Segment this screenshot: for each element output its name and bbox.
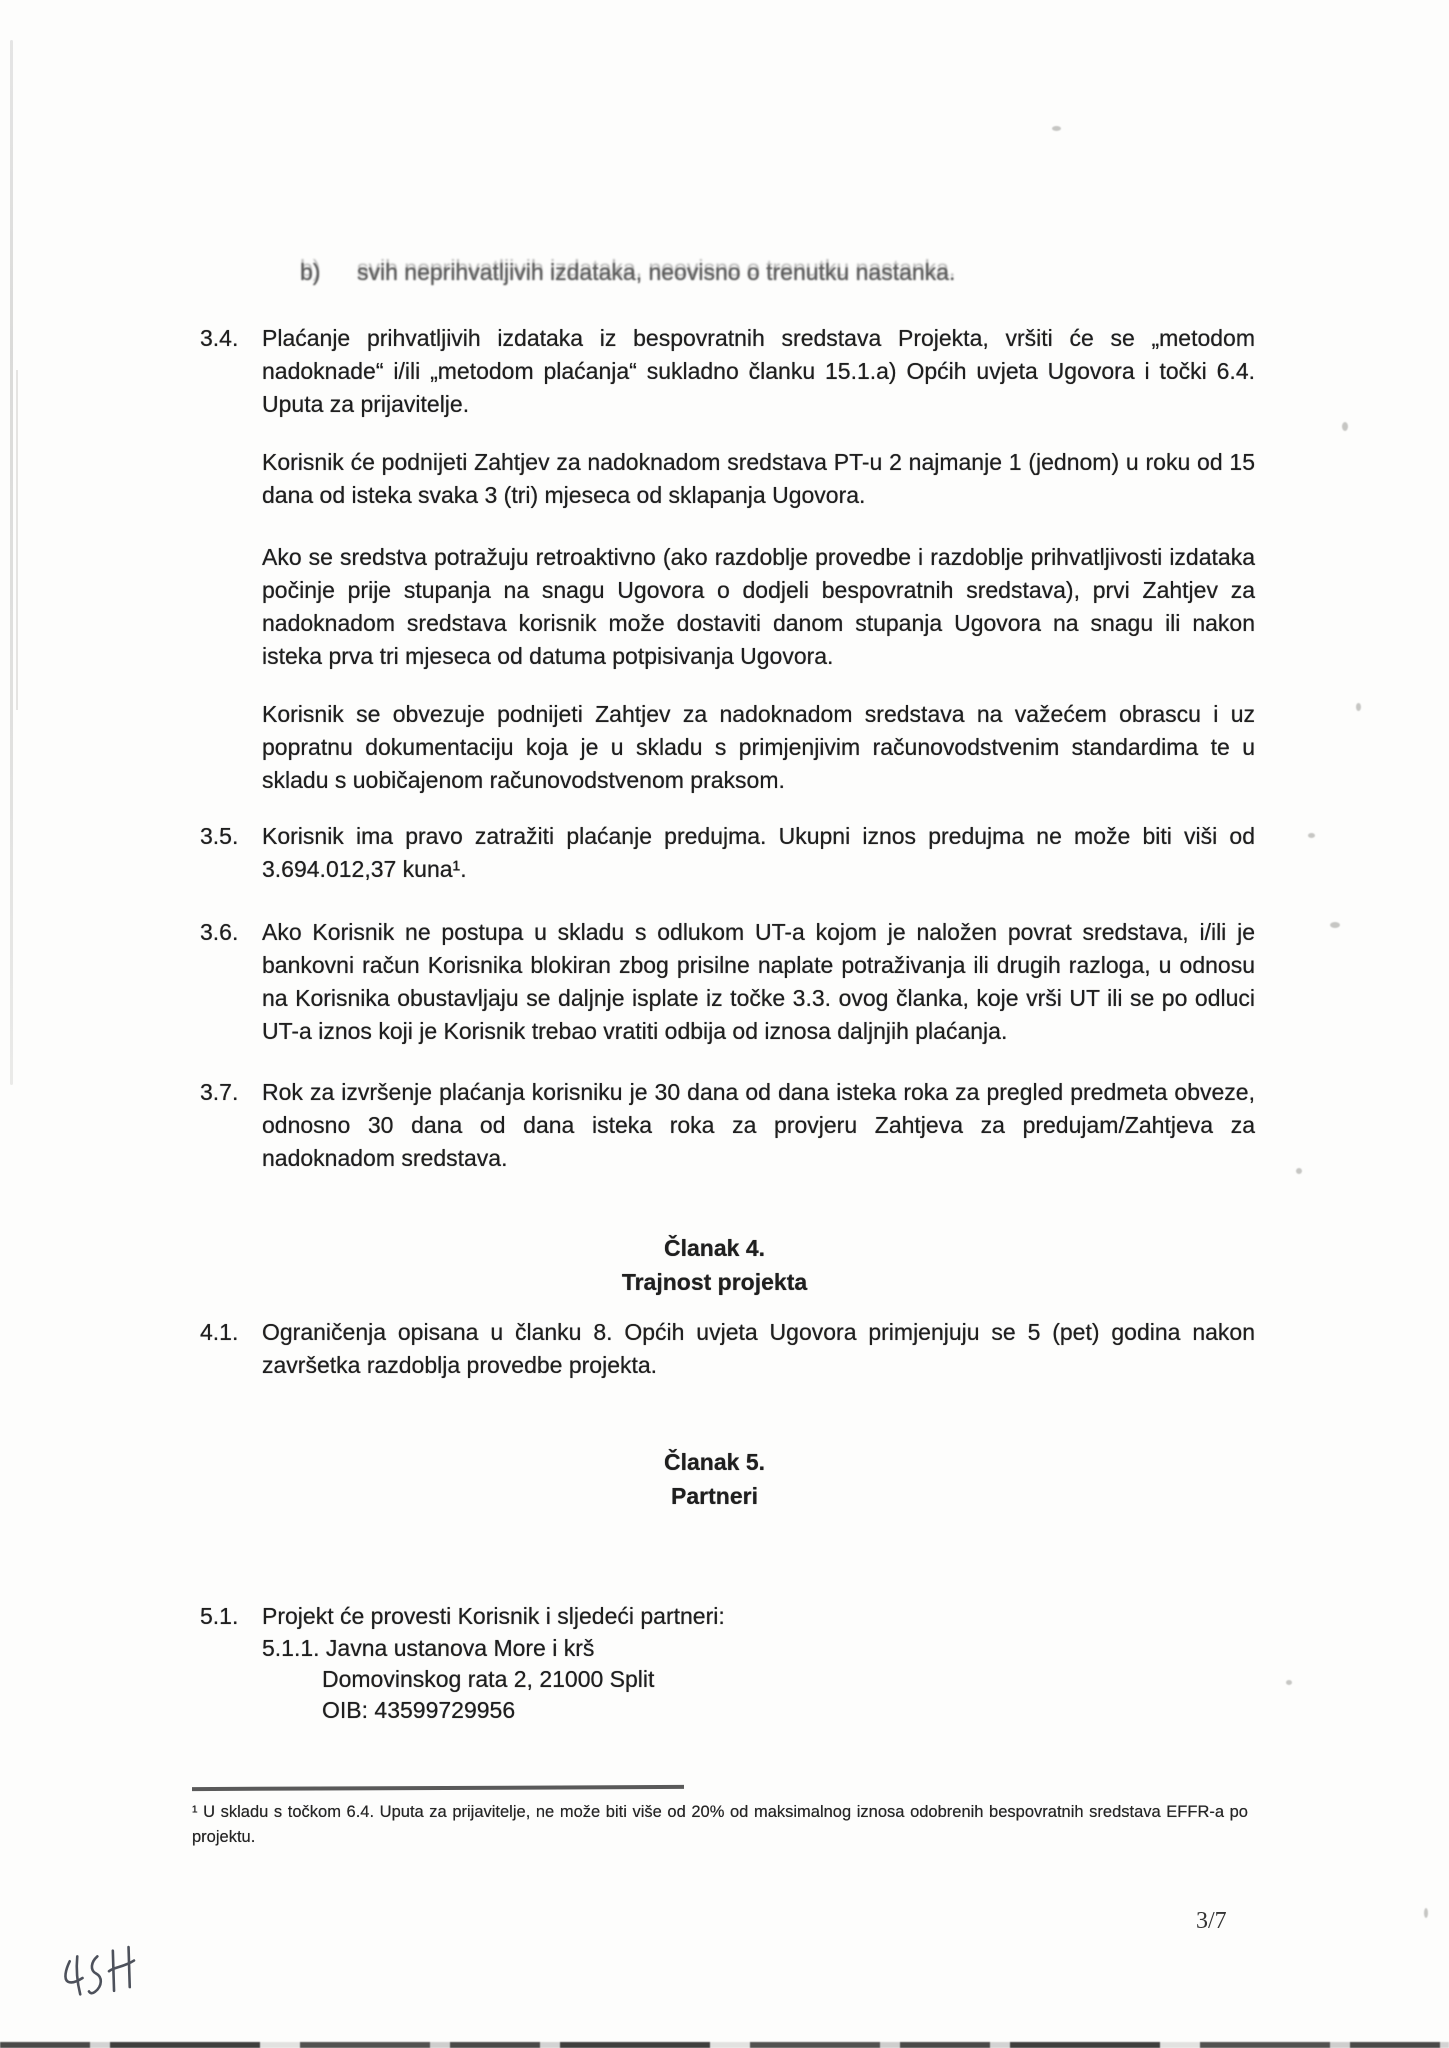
list-item-b-text: svih neprihvatljivih izdataka, neovisno … [357,256,1060,289]
paragraph-3-4: 3.4. Plaćanje prihvatljivih izdataka iz … [200,322,1255,421]
section-number: 3.7. [200,1076,238,1109]
scan-edge-artifact [16,370,18,710]
section-number: 3.6. [200,916,238,949]
paragraph-5-1: 5.1. Projekt će provesti Korisnik i slje… [200,1600,1255,1633]
paragraph-4-1: 4.1. Ograničenja opisana u članku 8. Opć… [200,1316,1255,1382]
footnote-separator [192,1785,684,1791]
section-number: 3.4. [200,322,238,355]
paragraph-retroaktivno: Ako se sredstva potražuju retroaktivno (… [262,541,1255,673]
section-text: Ako se sredstva potražuju retroaktivno (… [262,541,1255,673]
article-5-title: Članak 5. [262,1446,1167,1479]
paragraph-3-7: 3.7. Rok za izvršenje plaćanja korisniku… [200,1076,1255,1175]
scan-edge-artifact [10,40,13,1085]
paragraph-3-5: 3.5. Korisnik ima pravo zatražiti plaćan… [200,820,1255,886]
section-text: Projekt će provesti Korisnik i sljedeći … [262,1600,1255,1633]
scan-speck [1308,833,1315,838]
partner-address: Domovinskog rata 2, 21000 Split [322,1664,654,1695]
list-item-b: b) svih neprihvatljivih izdataka, neovis… [300,256,1060,289]
section-text: Plaćanje prihvatljivih izdataka iz bespo… [262,322,1255,421]
article-5-subtitle: Partneri [262,1480,1167,1513]
paragraph-3-6: 3.6. Ako Korisnik ne postupa u skladu s … [200,916,1255,1048]
section-text: Ograničenja opisana u članku 8. Općih uv… [262,1316,1255,1382]
article-4-title: Članak 4. [262,1232,1167,1265]
article-4-subtitle: Trajnost projekta [262,1266,1167,1299]
scan-speck [1330,922,1340,928]
list-item-b-label: b) [300,256,320,289]
scan-speck [1296,1168,1302,1174]
paragraph-zahtjev-rok: Korisnik će podnijeti Zahtjev za nadokna… [262,446,1255,512]
scan-speck [1342,422,1348,431]
section-text: Korisnik ima pravo zatražiti plaćanje pr… [262,820,1255,886]
scan-edge-artifact [0,2042,1449,2048]
section-text: Ako Korisnik ne postupa u skladu s odluk… [262,916,1255,1048]
section-number: 3.5. [200,820,238,853]
section-text: Korisnik će podnijeti Zahtjev za nadokna… [262,446,1255,512]
handwritten-initials [53,1943,151,2019]
section-text: Korisnik se obvezuje podnijeti Zahtjev z… [262,698,1255,797]
paragraph-obrazac: Korisnik se obvezuje podnijeti Zahtjev z… [262,698,1255,797]
section-text: Rok za izvršenje plaćanja korisniku je 3… [262,1076,1255,1175]
partner-name: 5.1.1. Javna ustanova More i krš [262,1633,594,1664]
page-number: 3/7 [1196,1908,1227,1935]
scan-speck [1356,703,1361,711]
scan-speck [1286,1680,1292,1685]
scan-speck [1052,126,1061,131]
handwriting-strokes [53,1943,151,2014]
scan-speck [1424,1908,1428,1918]
footnote-text: ¹ U skladu s točkom 6.4. Uputa za prijav… [192,1800,1248,1850]
scanned-contract-page: b) svih neprihvatljivih izdataka, neovis… [0,0,1449,2048]
partner-oib: OIB: 43599729956 [322,1695,515,1726]
section-number: 5.1. [200,1600,238,1633]
section-number: 4.1. [200,1316,238,1349]
